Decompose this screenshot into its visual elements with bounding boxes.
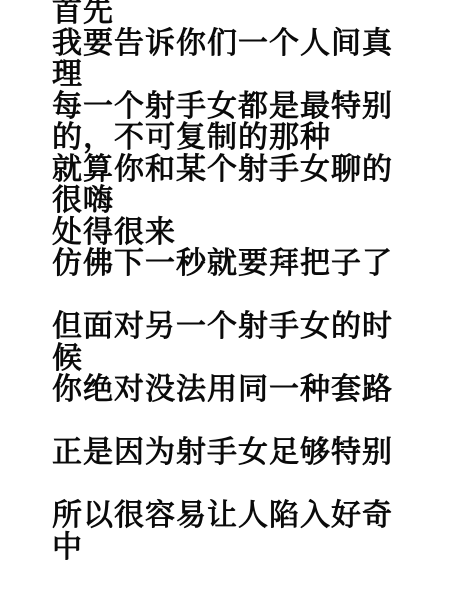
text-line: 正是因为射手女足够特别 <box>52 437 422 469</box>
blank-line <box>52 280 422 312</box>
text-line: 仿佛下一秒就要拜把子了 <box>52 248 422 280</box>
blank-line <box>52 469 422 501</box>
text-line: 的，不可复制的那种 <box>52 122 422 154</box>
text-line: 首先 <box>52 0 422 28</box>
text-line: 候 <box>52 343 422 375</box>
text-line: 中 <box>52 532 422 564</box>
text-line: 但面对另一个射手女的时 <box>52 311 422 343</box>
text-line: 理 <box>52 59 422 91</box>
text-line: 就算你和某个射手女聊的 <box>52 154 422 186</box>
blank-line <box>52 406 422 438</box>
text-line: 很嗨 <box>52 185 422 217</box>
text-line: 所以很容易让人陷入好奇 <box>52 500 422 532</box>
text-line: 你绝对没法用同一种套路 <box>52 374 422 406</box>
text-line: 我要告诉你们一个人间真 <box>52 28 422 60</box>
text-line: 处得很来 <box>52 217 422 249</box>
text-document: 首先 我要告诉你们一个人间真 理 每一个射手女都是最特别 的，不可复制的那种 就… <box>52 0 422 563</box>
text-line: 每一个射手女都是最特别 <box>52 91 422 123</box>
